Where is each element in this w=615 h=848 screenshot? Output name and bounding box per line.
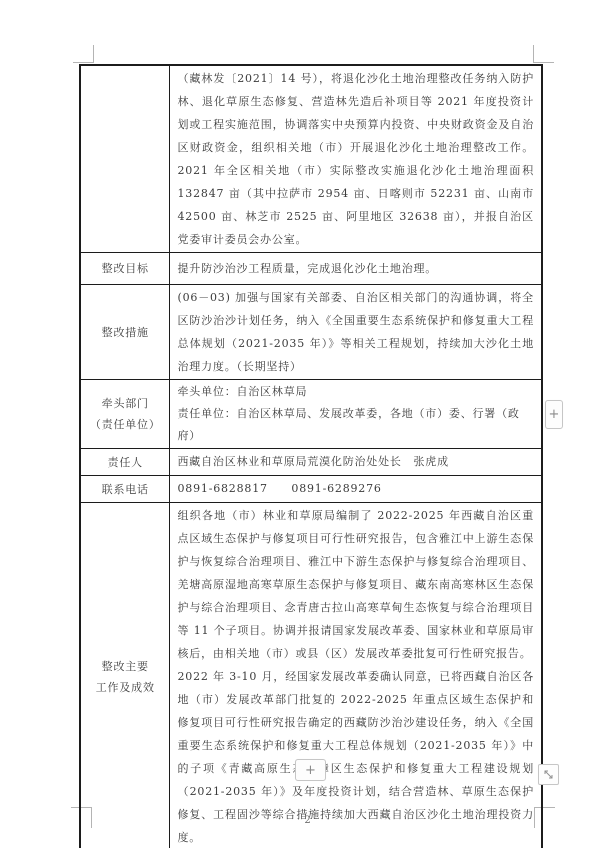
row-content-cell[interactable]: (06－03) 加强与国家有关部委、自治区相关部门的沟通协调，将全区防沙治沙计划… xyxy=(169,285,542,380)
cell-text: 提升防沙治沙工程质量，完成退化沙化土地治理。 xyxy=(178,257,535,280)
row-label-text: 联系电话 xyxy=(102,483,149,496)
row-label-responsible-person[interactable]: 责任人 xyxy=(80,449,169,476)
row-content-cell[interactable]: 组织各地（市）林业和草原局编制了 2022-2025 年西藏自治区重点区域生态保… xyxy=(169,503,542,848)
row-label-measures[interactable]: 整改措施 xyxy=(80,285,169,380)
table-resize-handle[interactable] xyxy=(538,764,559,785)
lead-unit-line: 牵头单位：自治区林草局 xyxy=(178,381,535,403)
row-label-goal[interactable]: 整改目标 xyxy=(80,253,169,285)
add-column-button[interactable]: + xyxy=(545,400,563,429)
row-label-cell-empty[interactable] xyxy=(80,65,169,253)
row-content-cell[interactable]: 西藏自治区林业和草原局荒漠化防治处处长 张虎成 xyxy=(169,449,542,476)
page-number: 2 xyxy=(0,815,615,826)
table-row-contact-phone: 联系电话 0891-6828817 0891-6289276 xyxy=(80,476,542,503)
table-row-continuation: （藏林发〔2021〕14 号），将退化沙化土地治理整改任务纳入防护林、退化草原生… xyxy=(80,65,542,253)
row-content-cell[interactable]: （藏林发〔2021〕14 号），将退化沙化土地治理整改任务纳入防护林、退化草原生… xyxy=(169,65,542,253)
row-label-line: （责任单位） xyxy=(89,414,162,435)
plus-icon: + xyxy=(305,764,316,777)
row-label-line: 整改主要 xyxy=(89,656,162,677)
table-row-goal: 整改目标 提升防沙治沙工程质量，完成退化沙化土地治理。 xyxy=(80,253,542,285)
table-row-main-work: 整改主要 工作及成效 组织各地（市）林业和草原局编制了 2022-2025 年西… xyxy=(80,503,542,848)
row-label-line: 工作及成效 xyxy=(89,677,162,698)
diagonal-resize-icon xyxy=(542,768,555,781)
row-label-text: 责任人 xyxy=(108,456,143,469)
row-content-cell[interactable]: 提升防沙治沙工程质量，完成退化沙化土地治理。 xyxy=(169,253,542,285)
cell-text: 西藏自治区林业和草原局荒漠化防治处处长 张虎成 xyxy=(178,451,535,473)
cell-text: （藏林发〔2021〕14 号），将退化沙化土地治理整改任务纳入防护林、退化草原生… xyxy=(178,67,535,251)
plus-icon: + xyxy=(549,408,560,421)
crop-mark-top-right xyxy=(533,45,554,63)
row-label-contact-phone[interactable]: 联系电话 xyxy=(80,476,169,503)
row-content-cell[interactable]: 0891-6828817 0891-6289276 xyxy=(169,476,542,503)
add-row-button[interactable]: + xyxy=(295,759,326,781)
row-label-main-work[interactable]: 整改主要 工作及成效 xyxy=(80,503,169,848)
row-label-lead-department[interactable]: 牵头部门 （责任单位） xyxy=(80,380,169,449)
phone-numbers: 0891-6828817 0891-6289276 xyxy=(178,478,535,500)
table-row-responsible-person: 责任人 西藏自治区林业和草原局荒漠化防治处处长 张虎成 xyxy=(80,449,542,476)
responsible-unit-line: 责任单位：自治区林草局、发展改革委，各地（市）委、行署（政府） xyxy=(178,403,535,447)
row-label-line: 牵头部门 xyxy=(89,393,162,414)
table-row-lead-department: 牵头部门 （责任单位） 牵头单位：自治区林草局 责任单位：自治区林草局、发展改革… xyxy=(80,380,542,449)
table-row-measures: 整改措施 (06－03) 加强与国家有关部委、自治区相关部门的沟通协调，将全区防… xyxy=(80,285,542,380)
cell-text: (06－03) 加强与国家有关部委、自治区相关部门的沟通协调，将全区防沙治沙计划… xyxy=(178,286,535,378)
rectification-table: （藏林发〔2021〕14 号），将退化沙化土地治理整改任务纳入防护林、退化草原生… xyxy=(79,64,543,848)
crop-mark-top-left xyxy=(73,45,94,63)
row-content-cell[interactable]: 牵头单位：自治区林草局 责任单位：自治区林草局、发展改革委，各地（市）委、行署（… xyxy=(169,380,542,449)
work-paragraph-1: 组织各地（市）林业和草原局编制了 2022-2025 年西藏自治区重点区域生态保… xyxy=(178,504,535,665)
row-label-text: 整改措施 xyxy=(102,326,149,339)
row-label-text: 整改目标 xyxy=(102,262,149,275)
